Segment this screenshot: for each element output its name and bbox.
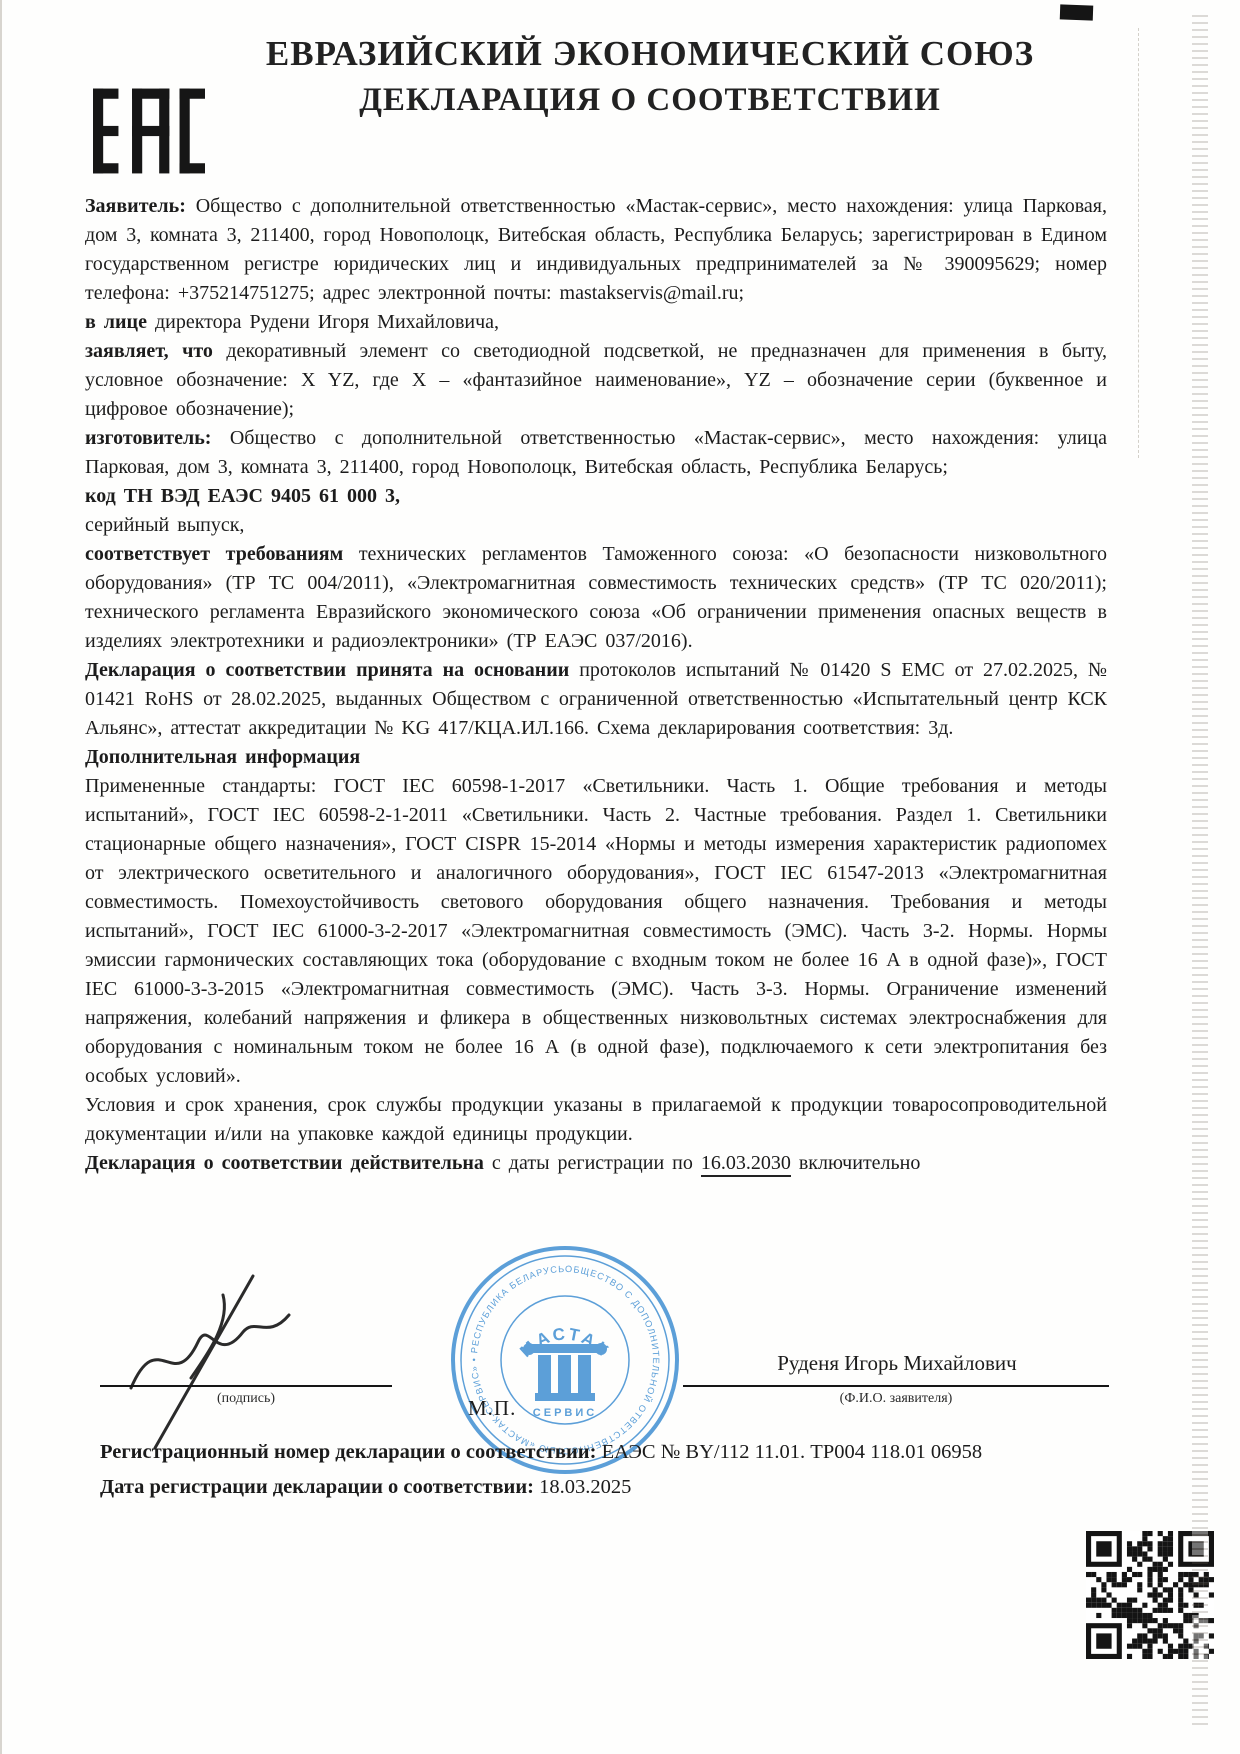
page-title-line2: ДЕКЛАРАЦИЯ О СООТВЕТСТВИИ: [180, 77, 1120, 123]
registration-date-line: Дата регистрации декларации о соответств…: [100, 1476, 1140, 1499]
declaration-paragraph-additional-info-heading: Дополнительная информация: [85, 743, 1107, 772]
paragraph-lead: Декларация о соответствии принята на осн…: [85, 659, 569, 681]
declaration-paragraph-basis: Декларация о соответствии принята на осн…: [85, 656, 1107, 743]
scan-left-edge: [0, 0, 2, 1754]
stamp-name-bottom: СЕРВИС: [533, 1407, 597, 1419]
signature-caption: (подпись): [100, 1391, 392, 1407]
registration-date-label: Дата регистрации декларации о соответств…: [100, 1476, 534, 1498]
paragraph-text: Примененные стандарты: ГОСТ IEC 60598-1-…: [85, 775, 1107, 1087]
paragraph-text: Общество с дополнительной ответственност…: [85, 427, 1107, 478]
paragraph-lead: изготовитель:: [85, 427, 211, 449]
declaration-document: ЕВРАЗИЙСКИЙ ЭКОНОМИЧЕСКИЙ СОЮЗ ДЕКЛАРАЦИ…: [0, 0, 1240, 1754]
paragraph-lead: Заявитель:: [85, 195, 186, 217]
registration-date-value: 18.03.2025: [534, 1476, 631, 1498]
registration-number-label: Регистрационный номер декларации о соотв…: [100, 1441, 596, 1463]
paragraph-lead: соответствует требованиям: [85, 543, 343, 565]
declaration-paragraph-product: заявляет, что декоративный элемент со св…: [85, 337, 1107, 424]
applicant-name-caption: (Ф.И.О. заявителя): [683, 1391, 1109, 1407]
paragraph-text: декоративный элемент со светодиодной под…: [85, 340, 1107, 420]
paragraph-text: с даты регистрации по: [484, 1152, 701, 1174]
page-title-line1: ЕВРАЗИЙСКИЙ ЭКОНОМИЧЕСКИЙ СОЮЗ: [180, 30, 1120, 77]
declaration-paragraph-hs-code: код ТН ВЭД ЕАЭС 9405 61 000 3,: [85, 482, 1107, 511]
declaration-paragraph-storage: Условия и срок хранения, срок службы про…: [85, 1091, 1107, 1149]
page-title: ЕВРАЗИЙСКИЙ ЭКОНОМИЧЕСКИЙ СОЮЗ ДЕКЛАРАЦИ…: [180, 30, 1120, 123]
registration-number-line: Регистрационный номер декларации о соотв…: [100, 1441, 1140, 1464]
declaration-paragraph-standards: Примененные стандарты: ГОСТ IEC 60598-1-…: [85, 772, 1107, 1091]
signature-line: [100, 1385, 392, 1387]
declaration-body: Заявитель: Общество с дополнительной отв…: [85, 192, 1107, 1178]
scan-corner-mark: [1060, 4, 1094, 20]
handwritten-signature: [103, 1270, 403, 1458]
paragraph-text: директора Рудени Игоря Михайловича,: [147, 311, 499, 333]
paragraph-text: включительно: [791, 1152, 921, 1174]
paragraph-text: Условия и срок хранения, срок службы про…: [85, 1094, 1107, 1145]
stamp-place-label: М.П.: [468, 1396, 516, 1421]
paragraph-text: Общество с дополнительной ответственност…: [85, 195, 1107, 304]
scan-dotted-line: [1138, 28, 1139, 458]
paragraph-lead: в лице: [85, 311, 147, 333]
paragraph-text: серийный выпуск,: [85, 514, 244, 536]
paragraph-lead: заявляет, что: [85, 340, 213, 362]
declaration-paragraph-person: в лице директора Рудени Игоря Михайлович…: [85, 308, 1107, 337]
stamp-ring-text: ОБЩЕСТВО С ДОПОЛНИТЕЛЬНОЙ ОТВЕТСТВЕННОСТ…: [469, 1264, 661, 1456]
stamp-name-top: МАСТАК: [516, 1324, 614, 1361]
declaration-paragraph-serial: серийный выпуск,: [85, 511, 1107, 540]
registration-number-value: ЕАЭС № BY/112 11.01. ТР004 118.01 06958: [596, 1441, 982, 1463]
validity-statement: Декларация о соответствии действительна …: [85, 1149, 1107, 1178]
validity-expiry-date: 16.03.2030: [701, 1152, 791, 1177]
paragraph-lead: Декларация о соответствии действительна: [85, 1152, 484, 1174]
scan-edge-noise: [1192, 15, 1208, 1725]
declaration-paragraph-manufacturer: изготовитель: Общество с дополнительной …: [85, 424, 1107, 482]
declaration-paragraph-regulations: соответствует требованиям технических ре…: [85, 540, 1107, 656]
column-icon: [523, 1343, 607, 1401]
paragraph-lead: Дополнительная информация: [85, 746, 360, 768]
applicant-name: Руденя Игорь Михайлович: [685, 1351, 1109, 1376]
declaration-paragraph-applicant: Заявитель: Общество с дополнительной отв…: [85, 192, 1107, 308]
applicant-name-line: [683, 1385, 1109, 1387]
paragraph-lead: код ТН ВЭД ЕАЭС 9405 61 000 3,: [85, 485, 400, 507]
